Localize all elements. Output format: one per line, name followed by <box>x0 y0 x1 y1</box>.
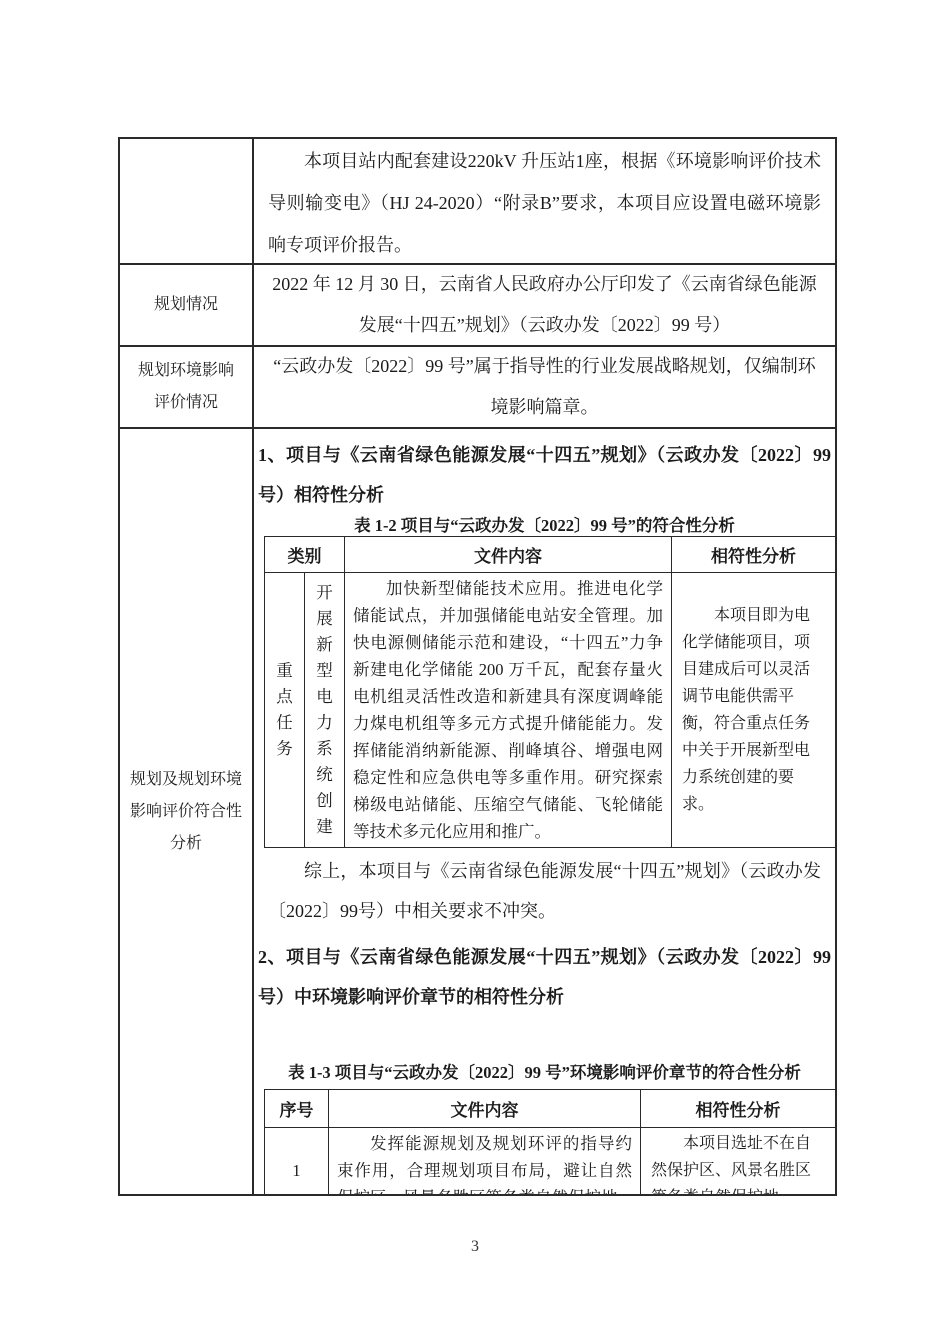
table-1-3-header-row: 序号 文件内容 相符性分析 <box>265 1090 836 1128</box>
row-label-conformity-analysis: 规划及规划环境 影响评价符合性 分析 <box>120 429 254 1194</box>
header-conformity-analysis: 相符性分析 <box>672 537 836 573</box>
cell-category-sub: 开展新型电力系统创建 <box>305 573 345 848</box>
document-page: 本项目站内配套建设220kV 升压站1座，根据《环境影响评价技术导则输变电》（H… <box>0 0 950 1341</box>
section2-heading: 2、项目与《云南省绿色能源发展“十四五”规划》（云政办发〔2022〕99号）中环… <box>258 937 831 1017</box>
row-label-planning-status: 规划情况 <box>120 265 254 345</box>
table-1-3: 序号 文件内容 相符性分析 1 发挥能源规划及规划环评的指导约束作用，合理规划项… <box>264 1089 835 1194</box>
cell-row-number: 1 <box>265 1128 329 1195</box>
table-1-2: 类别 文件内容 相符性分析 重点任务 开展新型电力系统创建 加快新型储能技术应用… <box>264 536 835 848</box>
row-content: 2022 年 12 月 30 日，云南省人民政府办公厅印发了《云南省绿色能源发展… <box>254 265 835 345</box>
row-content: “云政办发〔2022〕99 号”属于指导性的行业发展战略规划，仅编制环境影响篇章… <box>254 347 835 427</box>
page-number: 3 <box>0 1238 950 1256</box>
paragraph-planning-eia-status: “云政办发〔2022〕99 号”属于指导性的行业发展战略规划，仅编制环境影响篇章… <box>254 347 835 427</box>
table-1-2-caption: 表 1-2 项目与“云政办发〔2022〕99 号”的符合性分析 <box>254 515 835 536</box>
row-content: 本项目站内配套建设220kV 升压站1座，根据《环境影响评价技术导则输变电》（H… <box>254 139 835 263</box>
row-label-planning-eia-status: 规划环境影响 评价情况 <box>120 347 254 427</box>
section1-heading: 1、项目与《云南省绿色能源发展“十四五”规划》（云政办发〔2022〕99号）相符… <box>258 435 831 515</box>
row-label-empty <box>120 139 254 263</box>
table-row-planning-eia-status: 规划环境影响 评价情况 “云政办发〔2022〕99 号”属于指导性的行业发展战略… <box>120 347 835 429</box>
table-row-conformity-analysis: 规划及规划环境 影响评价符合性 分析 1、项目与《云南省绿色能源发展“十四五”规… <box>120 429 835 1194</box>
header-number: 序号 <box>265 1090 329 1128</box>
table-1-3-caption: 表 1-3 项目与“云政办发〔2022〕99 号”环境影响评价章节的符合性分析 <box>254 1062 835 1083</box>
paragraph-electromagnetic: 本项目站内配套建设220kV 升压站1座，根据《环境影响评价技术导则输变电》（H… <box>254 139 835 263</box>
eia-form-table: 本项目站内配套建设220kV 升压站1座，根据《环境影响评价技术导则输变电》（H… <box>118 137 837 1196</box>
header-conformity-analysis: 相符性分析 <box>641 1090 836 1128</box>
table-1-2-data-row: 重点任务 开展新型电力系统创建 加快新型储能技术应用。推进电化学储能试点，并加强… <box>265 573 836 848</box>
header-document-content: 文件内容 <box>345 537 672 573</box>
section1-summary: 综上，本项目与《云南省绿色能源发展“十四五”规划》（云政办发〔2022〕99号）… <box>254 851 835 931</box>
cell-document-content: 发挥能源规划及规划环评的指导约束作用，合理规划项目布局，避让自然保护区、风景名胜… <box>329 1128 641 1195</box>
table-row-electromagnetic-note: 本项目站内配套建设220kV 升压站1座，根据《环境影响评价技术导则输变电》（H… <box>120 139 835 265</box>
table-row-planning-status: 规划情况 2022 年 12 月 30 日，云南省人民政府办公厅印发了《云南省绿… <box>120 265 835 347</box>
paragraph-planning-status: 2022 年 12 月 30 日，云南省人民政府办公厅印发了《云南省绿色能源发展… <box>254 265 835 345</box>
table-1-3-data-row: 1 发挥能源规划及规划环评的指导约束作用，合理规划项目布局，避让自然保护区、风景… <box>265 1128 836 1195</box>
cell-analysis: 本项目即为电化学储能项目，项目建成后可以灵活调节电能供需平衡，符合重点任务中关于… <box>672 573 836 848</box>
cell-document-content: 加快新型储能技术应用。推进电化学储能试点，并加强储能电站安全管理。加快电源侧储能… <box>345 573 672 848</box>
header-category: 类别 <box>265 537 345 573</box>
header-document-content: 文件内容 <box>329 1090 641 1128</box>
row-content-conformity: 1、项目与《云南省绿色能源发展“十四五”规划》（云政办发〔2022〕99号）相符… <box>254 429 835 1194</box>
table-1-2-header-row: 类别 文件内容 相符性分析 <box>265 537 836 573</box>
cell-category-main: 重点任务 <box>265 573 305 848</box>
cell-analysis: 本项目选址不在自然保护区、风景名胜区等各类自然保护地 <box>641 1128 836 1195</box>
